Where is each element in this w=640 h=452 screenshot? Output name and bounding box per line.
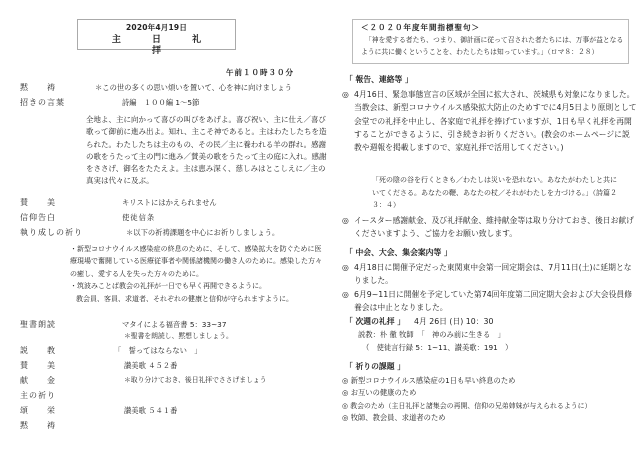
order-value: キリストにはかえられません <box>122 198 217 207</box>
order-label: 献 金 <box>20 376 100 386</box>
meeting-item: ◎ 6月9~11日に開催を予定していた第74回年度第二回定期大会および大会役員修… <box>342 288 637 315</box>
bullet-icon: ◎ <box>342 214 349 227</box>
order-label: 黙 祷 <box>20 83 100 93</box>
yearly-verse-title: ＜２０２０年度年間指標聖句＞ <box>361 22 628 34</box>
order-value: 「 誓ってはならない 」 <box>114 346 202 355</box>
yearly-verse-text: 「神を愛する者たち、つまり、御計画に従って召された者たちには、万事が益となるよう… <box>361 34 628 58</box>
next-week-datetime: 4月 26日 (日) 10：30 <box>414 317 493 327</box>
order-value: ＊取り分けておき、後日礼拝でささげましょう <box>124 376 266 385</box>
bullet-icon: ◎ <box>342 413 348 422</box>
intercession-item: ・筑波みことば教会の礼拝が一日でも早く再開できるように。 <box>70 280 325 292</box>
prayer-topic-item: ◎ お互いの健康のため <box>342 387 637 399</box>
order-note: ＊聖書を朗読し、黙想しましょう。 <box>124 332 233 341</box>
reports-title: 「 報告、連絡等 」 <box>345 75 413 85</box>
psalm-quote: 「死の陰の谷を行くときも／わたしは災いを恐れない。あなたがわたしと共にいてくださ… <box>372 174 622 212</box>
prayer-topics-title: 「 祈りの課題 」 <box>345 362 405 372</box>
service-date: 2020年4月19日 <box>78 23 235 33</box>
meeting-item: ◎ 4月18日に開催予定だった東関東中会第一回定期会は、7月11日(土)に延期と… <box>342 261 637 288</box>
order-label: 頌 栄 <box>20 406 100 416</box>
order-value: ＊この世の多くの思い煩いを置いて、心を神に向けましょう <box>95 83 292 92</box>
bullet-icon: ◎ <box>342 376 348 385</box>
intercession-item: 教会員、客員、求道者、それぞれの健康と信仰が守られますように。 <box>76 293 331 305</box>
order-value: 使徒信条 <box>122 213 155 222</box>
call-to-worship-text: 全地よ、主に向かって喜びの叫びをあげよ。喜び祝い、主に仕え／喜び歌って御前に進み… <box>86 114 331 188</box>
order-value: 讃美歌 ４５２番 <box>124 361 177 370</box>
service-time: 午前１０時３０分 <box>226 68 294 78</box>
order-label: 主の祈り <box>20 391 100 401</box>
order-label: 招きの言葉 <box>20 98 100 108</box>
order-label: 執り成しの祈り <box>20 228 100 238</box>
report-item: ◎ 4月16日、緊急事態宣言の区域が全国に拡大され、茨城県も対象になりました。当… <box>342 88 637 154</box>
order-label: 賛 美 <box>20 361 100 371</box>
meetings-title: 「 中会、大会、集会案内等 」 <box>345 248 452 258</box>
prayer-topic-item: ◎ 教会のため（主日礼拝と諸集会の再開、信仰の兄弟姉妹が与えられるように） <box>342 400 637 412</box>
report-item: ◎ イースター感謝献金、及び礼拝献金、維持献金等は取り分けておき、後日お献げくだ… <box>342 214 637 241</box>
next-week-readings: （ 使徒言行録 5：1~11、讃美歌：191 ） <box>362 343 512 352</box>
order-label: 賛 美 <box>20 198 100 208</box>
order-value: 讃美歌 ５４１番 <box>124 406 177 415</box>
prayer-topic-item: ◎ 新型コロナウイルス感染症の1日も早い終息のため <box>342 375 637 387</box>
prayer-topics-list: ◎ 新型コロナウイルス感染症の1日も早い終息のため ◎ お互いの健康のため ◎ … <box>342 375 637 424</box>
bullet-icon: ◎ <box>342 402 348 410</box>
next-week-title: 「 次週の礼拝 」 <box>345 317 405 327</box>
order-label: 聖書朗読 <box>20 320 100 330</box>
order-value: マタイによる福音書 5：33~37 <box>122 320 226 329</box>
order-label: 説 教 <box>20 346 100 356</box>
order-value: 詩編 １００編 1～5節 <box>122 98 199 107</box>
prayer-topic-item: ◎ 牧師、教会員、求道者のため <box>342 412 637 424</box>
next-week-sermon: 説教：朴 徹 牧師 「 神のみ前に生きる 」 <box>358 330 505 339</box>
bullet-icon: ◎ <box>342 88 349 101</box>
order-label: 信仰告白 <box>20 213 100 223</box>
bullet-icon: ◎ <box>342 288 349 301</box>
order-label: 黙 祷 <box>20 421 100 431</box>
yearly-verse-box: ＜２０２０年度年間指標聖句＞ 「神を愛する者たち、つまり、御計画に従って召された… <box>352 19 629 64</box>
bullet-icon: ◎ <box>342 388 348 397</box>
order-value: ＊以下の祈祷課題を中心にお祈りしましょう。 <box>126 228 279 237</box>
intercession-item: ・新型コロナウイルス感染症の終息のために、そして、感染拡大を防ぐために医療現場で… <box>70 243 325 280</box>
page-title: 主 日 礼 拝 <box>78 35 235 58</box>
bullet-icon: ◎ <box>342 261 349 274</box>
title-box: 2020年4月19日 主 日 礼 拝 <box>77 19 236 50</box>
